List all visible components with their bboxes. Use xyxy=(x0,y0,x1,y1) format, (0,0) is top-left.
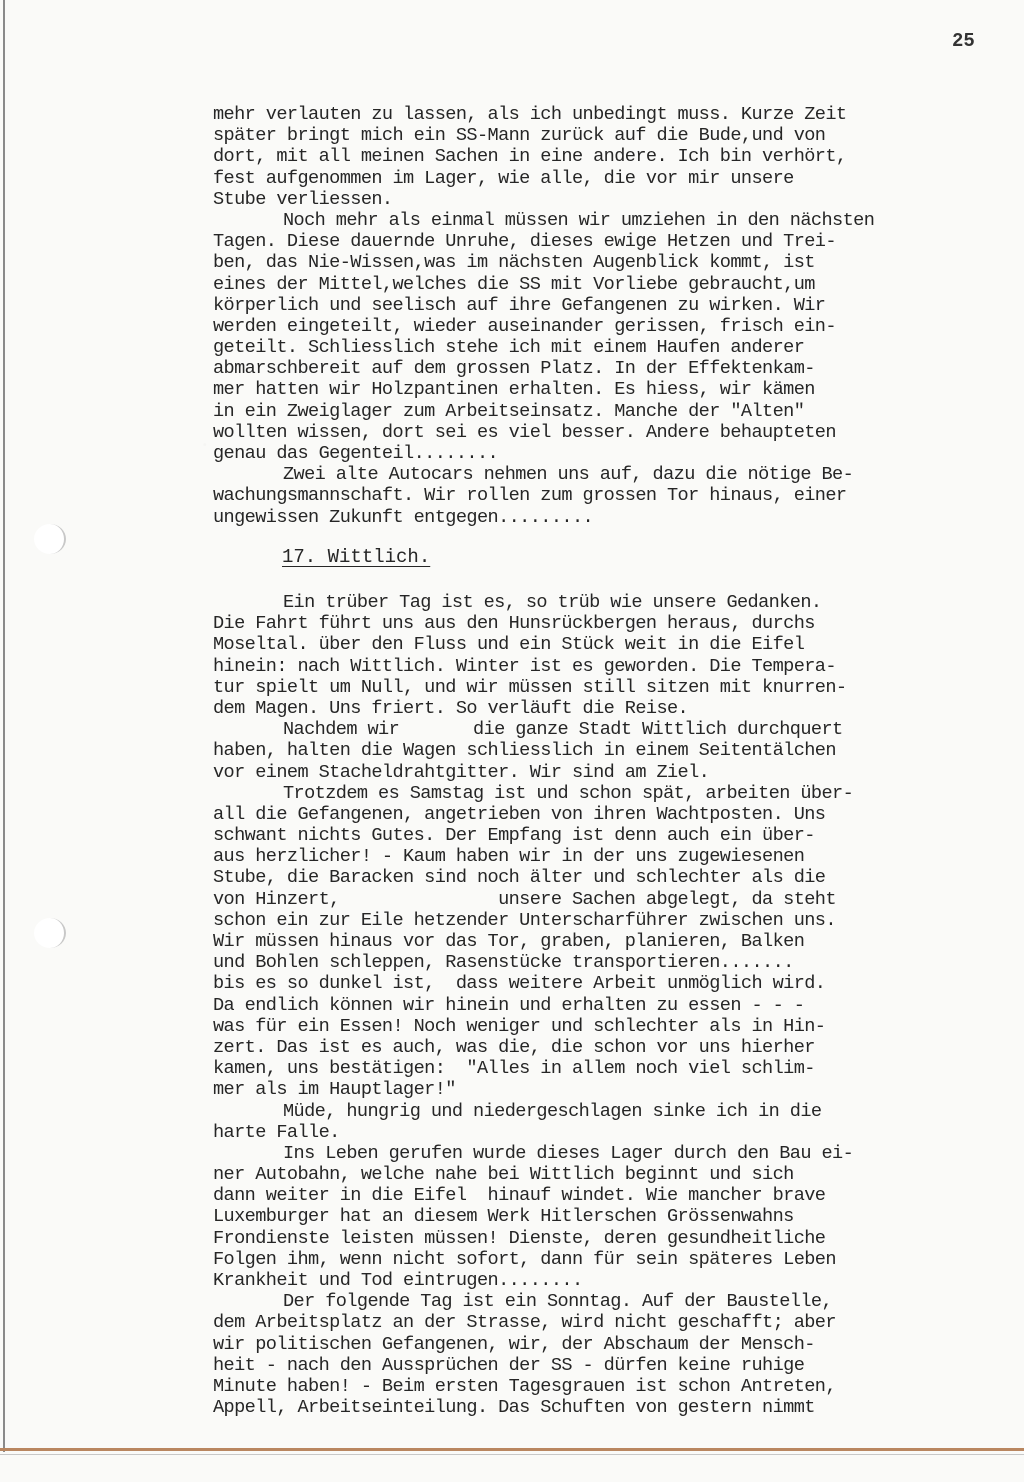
text-line: Tagen. Diese dauernde Unruhe, dieses ewi… xyxy=(213,231,1003,252)
text-line: Krankheit und Tod eintrugen........ xyxy=(213,1270,1003,1291)
text-line: fest aufgenommen im Lager, wie alle, die… xyxy=(213,168,1003,189)
text-line: Trotzdem es Samstag ist und schon spät, … xyxy=(213,783,1003,804)
text-line: werden eingeteilt, wieder auseinander ge… xyxy=(213,316,1003,337)
text-line: genau das Gegenteil........ xyxy=(213,443,1003,464)
text-line: schwant nichts Gutes. Der Empfang ist de… xyxy=(213,825,1003,846)
bottom-rule xyxy=(0,1448,1024,1451)
text-line: heit - nach den Aussprüchen der SS - dür… xyxy=(213,1355,1003,1376)
text-line: von Hinzert, unsere Sachen abgelegt, da … xyxy=(213,889,1003,910)
text-line: Müde, hungrig und niedergeschlagen sinke… xyxy=(213,1101,1003,1122)
text-line: wir politischen Gefangenen, wir, der Abs… xyxy=(213,1334,1003,1355)
text-line: und Bohlen schleppen, Rasenstücke transp… xyxy=(213,952,1003,973)
body-text-section-2: Ein trüber Tag ist es, so trüb wie unser… xyxy=(213,592,1003,1418)
text-line: abmarschbereit auf dem grossen Platz. In… xyxy=(213,358,1003,379)
text-line: bis es so dunkel ist, dass weitere Arbei… xyxy=(213,973,1003,994)
text-line: was für ein Essen! Noch weniger und schl… xyxy=(213,1016,1003,1037)
text-line: später bringt mich ein SS-Mann zurück au… xyxy=(213,125,1003,146)
document-page: 25 mehr verlauten zu lassen, als ich unb… xyxy=(0,0,1024,1482)
text-line: körperlich und seelisch auf ihre Gefange… xyxy=(213,295,1003,316)
text-line: Minute haben! - Beim ersten Tagesgrauen … xyxy=(213,1376,1003,1397)
text-line: wachungsmannschaft. Wir rollen zum gross… xyxy=(213,485,1003,506)
text-line: schon ein zur Eile hetzender Unterscharf… xyxy=(213,910,1003,931)
text-line: Moseltal. über den Fluss und ein Stück w… xyxy=(213,634,1003,655)
text-line: haben, halten die Wagen schliesslich in … xyxy=(213,740,1003,761)
text-line: Zwei alte Autocars nehmen uns auf, dazu … xyxy=(213,464,1003,485)
text-line: Frondienste leisten müssen! Dienste, der… xyxy=(213,1228,1003,1249)
text-line: dort, mit all meinen Sachen in eine ande… xyxy=(213,146,1003,167)
text-line: Die Fahrt führt uns aus den Hunsrückberg… xyxy=(213,613,1003,634)
text-line: eines der Mittel,welches die SS mit Vorl… xyxy=(213,274,1003,295)
text-line: Ins Leben gerufen wurde dieses Lager dur… xyxy=(213,1143,1003,1164)
text-line: dann weiter in die Eifel hinauf windet. … xyxy=(213,1185,1003,1206)
text-line: dem Arbeitsplatz an der Strasse, wird ni… xyxy=(213,1312,1003,1333)
body-text-section-1: mehr verlauten zu lassen, als ich unbedi… xyxy=(213,104,1003,528)
text-line: Ein trüber Tag ist es, so trüb wie unser… xyxy=(213,592,1003,613)
text-line: ungewissen Zukunft entgegen......... xyxy=(213,507,1003,528)
text-line: Stube verliessen. xyxy=(213,189,1003,210)
text-line: Der folgende Tag ist ein Sonntag. Auf de… xyxy=(213,1291,1003,1312)
text-line: harte Falle. xyxy=(213,1122,1003,1143)
bottom-rule-secondary xyxy=(0,1454,1024,1455)
text-line: Nachdem wir die ganze Stadt Wittlich dur… xyxy=(213,719,1003,740)
text-line: mehr verlauten zu lassen, als ich unbedi… xyxy=(213,104,1003,125)
left-margin-line xyxy=(3,0,5,1452)
text-line: geteilt. Schliesslich stehe ich mit eine… xyxy=(213,337,1003,358)
text-line: Noch mehr als einmal müssen wir umziehen… xyxy=(213,210,1003,231)
text-line: Appell, Arbeitseinteilung. Das Schuften … xyxy=(213,1397,1003,1418)
punch-hole-icon xyxy=(34,524,66,554)
text-line: Luxemburger hat an diesem Werk Hitlersch… xyxy=(213,1206,1003,1227)
text-line: ben, das Nie-Wissen,was im nächsten Auge… xyxy=(213,252,1003,273)
chapter-heading: 17. Wittlich. xyxy=(282,546,430,568)
text-line: in ein Zweiglager zum Arbeitseinsatz. Ma… xyxy=(213,401,1003,422)
text-line: dem Magen. Uns friert. So verläuft die R… xyxy=(213,698,1003,719)
text-line: mer hatten wir Holzpantinen erhalten. Es… xyxy=(213,379,1003,400)
text-line: Da endlich können wir hinein und erhalte… xyxy=(213,995,1003,1016)
text-line: ner Autobahn, welche nahe bei Wittlich b… xyxy=(213,1164,1003,1185)
text-line: kamen, uns bestätigen: "Alles in allem n… xyxy=(213,1058,1003,1079)
text-line: tur spielt um Null, und wir müssen still… xyxy=(213,677,1003,698)
text-line: zert. Das ist es auch, was die, die scho… xyxy=(213,1037,1003,1058)
text-line: aus herzlicher! - Kaum haben wir in der … xyxy=(213,846,1003,867)
page-number: 25 xyxy=(952,30,975,52)
punch-hole-icon xyxy=(34,918,66,948)
text-line: all die Gefangenen, angetrieben von ihre… xyxy=(213,804,1003,825)
text-line: Stube, die Baracken sind noch älter und … xyxy=(213,867,1003,888)
text-line: mer als im Hauptlager!" xyxy=(213,1079,1003,1100)
text-line: Wir müssen hinaus vor das Tor, graben, p… xyxy=(213,931,1003,952)
text-line: Folgen ihm, wenn nicht sofort, dann für … xyxy=(213,1249,1003,1270)
text-line: hinein: nach Wittlich. Winter ist es gew… xyxy=(213,656,1003,677)
text-line: vor einem Stacheldrahtgitter. Wir sind a… xyxy=(213,762,1003,783)
text-line: wollten wissen, dort sei es viel besser.… xyxy=(213,422,1003,443)
